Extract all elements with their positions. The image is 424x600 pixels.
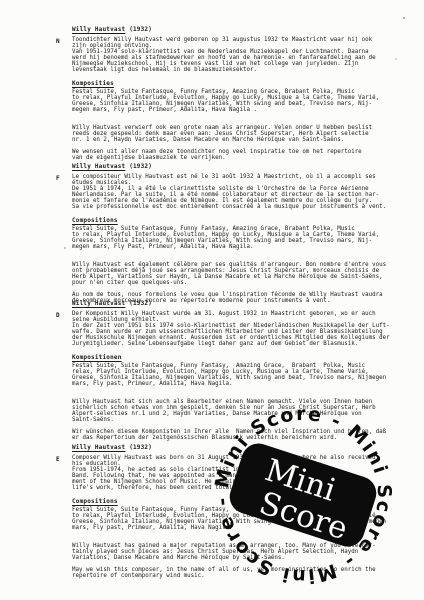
- biography-block: F Le compositeur Willy Hautvast est né l…: [72, 175, 406, 210]
- biography-text: Toondichter Willy Hautvast werd geboren …: [72, 38, 406, 73]
- compositions-heading: Kompositionen: [72, 354, 406, 361]
- section-dutch: Willy Hautvast (1932) N Toondichter Will…: [72, 26, 406, 162]
- composer-year: (1932): [129, 163, 152, 170]
- composer-year: (1932): [129, 444, 152, 451]
- composer-name: Willy Hautvast: [72, 163, 125, 170]
- biography-block: N Toondichter Willy Hautvast werd gebore…: [72, 38, 406, 73]
- compositions-heading: Compositions: [72, 217, 406, 224]
- biography-text: Der Komponist Willy Hautvast wurde am 31…: [72, 312, 406, 347]
- composer-heading: Willy Hautvast (1932): [72, 300, 406, 307]
- composer-heading: Willy Hautvast (1932): [72, 163, 406, 170]
- stamp-badge: Mini Score: [225, 439, 381, 553]
- composer-year: (1932): [129, 300, 152, 307]
- scan-noise-specks: [403, 17, 405, 19]
- composer-year: (1932): [129, 26, 152, 33]
- compositions-list: Festal Suite, Suite Fantasque, Funny Fan…: [72, 90, 406, 114]
- composer-name: Willy Hautvast: [72, 26, 125, 33]
- arranger-text: Willy Hautvast est également célèbre par…: [72, 263, 406, 287]
- wish-text: We wensen uit aller naam deze toondichte…: [72, 150, 406, 162]
- composer-name: Willy Hautvast: [72, 300, 125, 307]
- arranger-text: Willy Hautvast verwierf ook een grote na…: [72, 126, 406, 144]
- compositions-list: Festal Suite, Suite Fantasque, Funny Fan…: [72, 227, 406, 251]
- compositions-heading: Komposities: [72, 80, 406, 87]
- composer-heading: Willy Hautvast (1932): [72, 26, 406, 33]
- language-marker-f: F: [56, 175, 60, 182]
- composer-name: Willy Hautvast: [72, 444, 125, 451]
- document-page: Willy Hautvast (1932) N Toondichter Will…: [0, 0, 424, 600]
- language-marker-n: N: [56, 38, 60, 45]
- biography-block: D Der Komponist Willy Hautvast wurde am …: [72, 312, 406, 347]
- language-marker-e: E: [56, 456, 60, 463]
- biography-text: Le compositeur Willy Hautvast est né le …: [72, 175, 406, 210]
- mini-score-stamp: Mini Score - Mini Score - Mini Score - M…: [193, 388, 417, 600]
- compositions-list: Festal Suite, Suite Fantasque, Funny Fan…: [72, 364, 406, 388]
- section-french: Willy Hautvast (1932) F Le compositeur W…: [72, 163, 406, 305]
- language-marker-d: D: [56, 312, 60, 319]
